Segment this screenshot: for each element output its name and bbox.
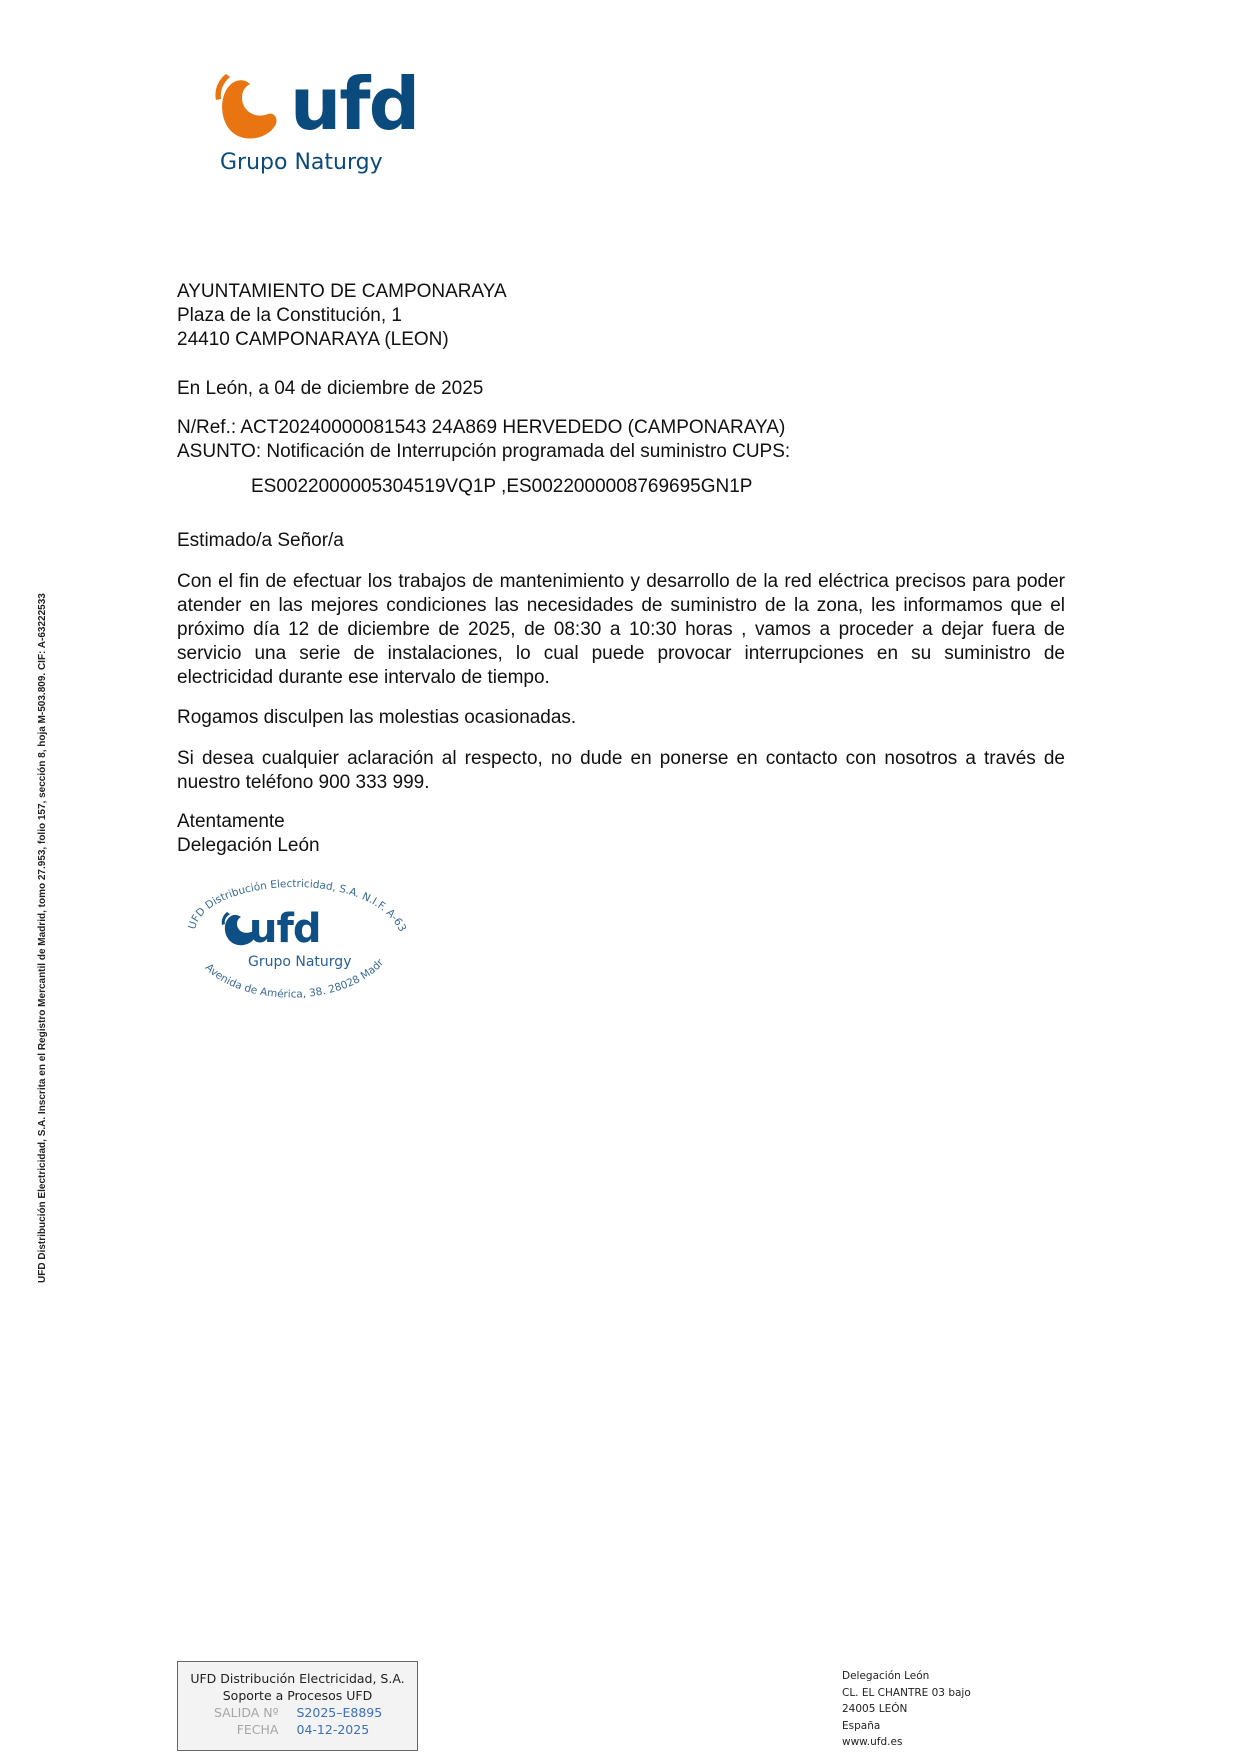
ufd-logo: ufd Grupo Naturgy: [212, 68, 402, 183]
address-street: CL. EL CHANTRE 03 bajo: [842, 1685, 971, 1702]
cups-codes: ES0022000005304519VQ1P ,ES00220000087696…: [251, 476, 752, 498]
exit-number-label: SALIDA Nº: [209, 1704, 279, 1721]
logo-wordmark: ufd: [290, 62, 418, 146]
subject-line: ASUNTO: Notificación de Interrupción pro…: [177, 440, 1065, 464]
body-paragraph-main: Con el fin de efectuar los trabajos de m…: [177, 570, 1065, 690]
greeting: Estimado/a Señor/a: [177, 529, 1065, 553]
registry-date-label: FECHA: [209, 1721, 279, 1738]
stamp-wordmark: ufd: [249, 906, 321, 952]
closing-salutation: Atentamente: [177, 810, 1065, 834]
reference-number: N/Ref.: ACT20240000081543 24A869 HERVEDE…: [177, 416, 1065, 440]
recipient-address: AYUNTAMIENTO DE CAMPONARAYA Plaza de la …: [177, 280, 1065, 352]
registry-exit-row: SALIDA Nº S2025–E8895: [178, 1704, 417, 1721]
registry-stamp-box: UFD Distribución Electricidad, S.A. Sopo…: [177, 1661, 418, 1751]
closing-block: Atentamente Delegación León: [177, 810, 1065, 858]
footer-address: Delegación León CL. EL CHANTRE 03 bajo 2…: [842, 1668, 971, 1751]
address-country: España: [842, 1718, 971, 1735]
registry-company: UFD Distribución Electricidad, S.A.: [178, 1670, 417, 1687]
side-legal-registration: UFD Distribución Electricidad, S.A. Insc…: [37, 558, 48, 1283]
body-paragraph-apology: Rogamos disculpen las molestias ocasiona…: [177, 706, 1065, 730]
company-stamp: UFD Distribución Electricidad, S.A. N.I.…: [183, 868, 413, 1014]
closing-signature: Delegación León: [177, 834, 1065, 858]
letter-date: En León, a 04 de diciembre de 2025: [177, 377, 1065, 401]
address-city: 24005 LEÓN: [842, 1701, 971, 1718]
address-office: Delegación León: [842, 1668, 971, 1685]
exit-number-value: S2025–E8895: [297, 1704, 387, 1721]
recipient-street: Plaza de la Constitución, 1: [177, 304, 1065, 328]
registry-date-row: FECHA 04-12-2025: [178, 1721, 417, 1738]
body-paragraph-contact: Si desea cualquier aclaración al respect…: [177, 747, 1065, 795]
recipient-name: AYUNTAMIENTO DE CAMPONARAYA: [177, 280, 1065, 304]
logo-subtitle: Grupo Naturgy: [220, 150, 383, 175]
registry-date-value: 04-12-2025: [297, 1721, 387, 1738]
registry-department: Soporte a Procesos UFD: [178, 1687, 417, 1704]
ufd-crescent-logo-icon: [212, 68, 284, 148]
reference-block: N/Ref.: ACT20240000081543 24A869 HERVEDE…: [177, 416, 1065, 464]
website-link[interactable]: www.ufd.es: [842, 1734, 971, 1751]
stamp-subtitle: Grupo Naturgy: [248, 954, 351, 970]
recipient-city: 24410 CAMPONARAYA (LEON): [177, 328, 1065, 352]
